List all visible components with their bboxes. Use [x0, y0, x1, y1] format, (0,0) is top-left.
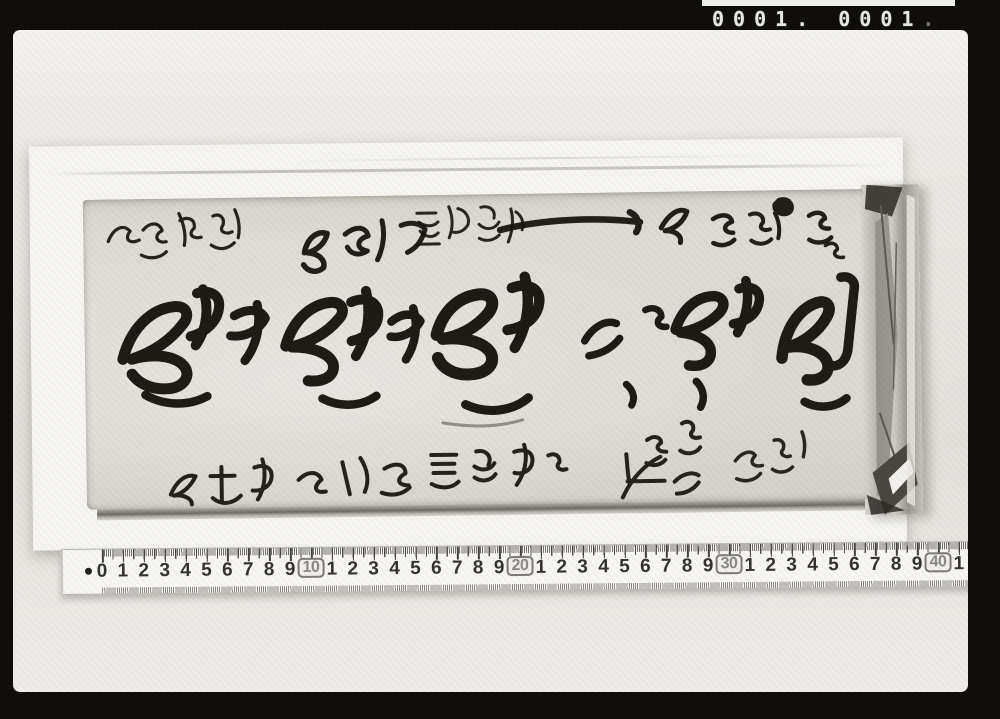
ruler-number: 40	[924, 552, 951, 572]
ruler-number: 3	[159, 560, 170, 582]
ruler-number: 5	[410, 558, 421, 580]
frame-counter: 0001. 0001.	[712, 7, 943, 31]
folded-page-pleats	[861, 184, 924, 515]
ruler-number: 30	[715, 554, 742, 574]
manuscript	[83, 182, 928, 546]
ruler-number: 4	[180, 560, 191, 582]
ruler-number: 9	[285, 559, 296, 581]
manuscript-cover	[83, 189, 867, 510]
ruler-number: 5	[828, 554, 839, 576]
annotation-cluster-top-center	[303, 220, 426, 271]
ruler-start-dot	[85, 568, 92, 575]
ruler-number: 8	[473, 557, 484, 579]
ruler-number: 4	[389, 558, 400, 580]
slate-bar	[702, 0, 955, 6]
ruler-number: 6	[640, 556, 651, 578]
ruler-number: 7	[452, 557, 463, 579]
ruler-number: 1	[326, 559, 337, 581]
ruler-number: 8	[682, 555, 693, 577]
ruler-number: 7	[243, 559, 254, 581]
ruler-number: 8	[264, 559, 275, 581]
annotation-cluster-bottom-right	[622, 422, 701, 498]
ruler-number: 2	[765, 555, 776, 577]
ruler-number: 3	[786, 555, 797, 577]
ruler-number: 4	[807, 554, 818, 576]
ruler-number: 1	[535, 557, 546, 579]
ruler-number: 9	[494, 557, 505, 579]
ruler-number: 2	[138, 560, 149, 582]
pleats-creases-graphic	[861, 184, 924, 515]
ruler-number: 1	[118, 560, 129, 582]
address-line-bottom	[170, 444, 567, 505]
frame-counter-text: 0001. 0001	[712, 7, 922, 31]
ruler-number: 3	[577, 556, 588, 578]
ruler-number: 6	[431, 558, 442, 580]
ruler-number: 10	[297, 558, 324, 578]
ruler-number: 6	[222, 560, 233, 582]
ruler-number: 1	[744, 555, 755, 577]
ruler-number: 4	[598, 556, 609, 578]
ruler-number: 9	[912, 553, 923, 575]
calligraphy-graphic	[83, 189, 867, 510]
title-calligraphy-band	[122, 272, 856, 431]
ruler-number: 0	[97, 561, 108, 583]
ruler-number: 5	[201, 560, 212, 582]
annotation-row-top-right	[500, 196, 844, 262]
annotation-line-top-left	[108, 210, 240, 259]
microfilm-frame: { "film_frame": { "counter_text": "0001.…	[0, 0, 1000, 719]
ruler-number: 20	[506, 556, 533, 576]
ruler-number: 6	[849, 554, 860, 576]
ruler-number: 9	[703, 555, 714, 577]
centimetre-ruler: 0123456789101234567892012345678930123456…	[61, 541, 968, 595]
ruler-number: 7	[661, 556, 672, 578]
ruler-number: 2	[347, 558, 358, 580]
ruler-number: 2	[556, 557, 567, 579]
ruler-number: 3	[368, 558, 379, 580]
ruler-number: 5	[619, 556, 630, 578]
annotation-pair-far-bottom-right	[735, 432, 805, 481]
photograph: 0123456789101234567892012345678930123456…	[13, 30, 968, 692]
ruler-number: 7	[870, 554, 881, 576]
ruler-number: 1	[953, 553, 964, 575]
ruler-number: 8	[891, 554, 902, 576]
frame-counter-dot: .	[922, 7, 943, 31]
